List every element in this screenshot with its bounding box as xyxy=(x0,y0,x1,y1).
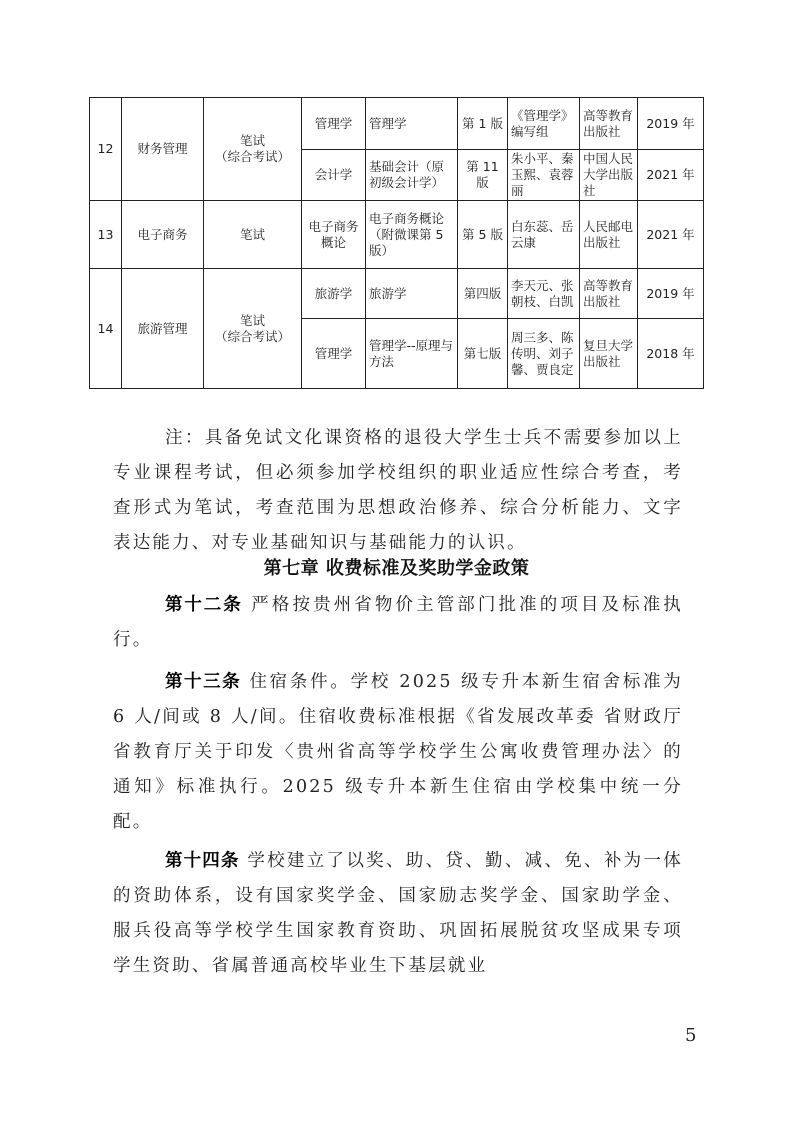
major-cell: 旅游管理 xyxy=(122,269,204,389)
authors-cell: 李天元、张朝枝、白凯 xyxy=(508,269,580,319)
table-row: 14旅游管理笔试（综合考试）旅游学旅游学第四版李天元、张朝枝、白凯高等教育出版社… xyxy=(90,269,704,319)
textbook-cell: 电子商务概论（附微课第 5 版） xyxy=(366,201,458,269)
publisher-cell: 高等教育出版社 xyxy=(580,269,638,319)
edition-cell: 第 11 版 xyxy=(458,150,508,201)
year-cell: 2021 年 xyxy=(638,201,704,269)
year-cell: 2019 年 xyxy=(638,98,704,150)
article-text: 住宿条件。学校 2025 级专升本新生宿舍标准为 6 人/间或 8 人/间。住宿… xyxy=(113,672,683,832)
exam-type-cell: 笔试（综合考试） xyxy=(204,269,302,389)
article-12: 第十二条 严格按贵州省物价主管部门批准的项目及标准执行。 xyxy=(113,588,683,658)
edition-cell: 第 5 版 xyxy=(458,201,508,269)
publisher-cell: 复旦大学出版社 xyxy=(580,319,638,389)
authors-cell: 朱小平、秦玉熙、袁蓉丽 xyxy=(508,150,580,201)
article-14: 第十四条 学校建立了以奖、助、贷、勤、减、免、补为一体的资助体系，设有国家奖学金… xyxy=(113,844,683,984)
page-number: 5 xyxy=(685,1025,696,1046)
table-row: 13电子商务笔试电子商务概论电子商务概论（附微课第 5 版）第 5 版白东蕊、岳… xyxy=(90,201,704,269)
textbook-cell: 管理学--原理与方法 xyxy=(366,319,458,389)
row-number-cell: 14 xyxy=(90,269,122,389)
edition-cell: 第七版 xyxy=(458,319,508,389)
subject-cell: 旅游学 xyxy=(302,269,366,319)
article-13: 第十三条 住宿条件。学校 2025 级专升本新生宿舍标准为 6 人/间或 8 人… xyxy=(113,665,683,840)
edition-cell: 第 1 版 xyxy=(458,98,508,150)
table-row: 12财务管理笔试（综合考试）管理学管理学第 1 版《管理学》编写组高等教育出版社… xyxy=(90,98,704,150)
subject-cell: 会计学 xyxy=(302,150,366,201)
subject-cell: 管理学 xyxy=(302,98,366,150)
article-label: 第十二条 xyxy=(165,595,243,615)
year-cell: 2018 年 xyxy=(638,319,704,389)
edition-cell: 第四版 xyxy=(458,269,508,319)
subject-cell: 管理学 xyxy=(302,319,366,389)
note-paragraph: 注：具备免试文化课资格的退役大学生士兵不需要参加以上专业课程考试，但必须参加学校… xyxy=(113,421,683,561)
publisher-cell: 人民邮电出版社 xyxy=(580,201,638,269)
exam-type-cell: 笔试（综合考试） xyxy=(204,98,302,201)
chapter-heading: 第七章 收费标准及奖助学金政策 xyxy=(0,554,793,580)
exam-type-cell: 笔试 xyxy=(204,201,302,269)
note-text: 注：具备免试文化课资格的退役大学生士兵不需要参加以上专业课程考试，但必须参加学校… xyxy=(113,421,683,561)
document-page: 12财务管理笔试（综合考试）管理学管理学第 1 版《管理学》编写组高等教育出版社… xyxy=(0,0,793,1122)
year-cell: 2021 年 xyxy=(638,150,704,201)
article-label: 第十四条 xyxy=(165,851,239,871)
course-table: 12财务管理笔试（综合考试）管理学管理学第 1 版《管理学》编写组高等教育出版社… xyxy=(89,97,704,389)
year-cell: 2019 年 xyxy=(638,269,704,319)
row-number-cell: 13 xyxy=(90,201,122,269)
authors-cell: 白东蕊、岳云康 xyxy=(508,201,580,269)
authors-cell: 周三多、陈传明、刘子馨、贾良定 xyxy=(508,319,580,389)
publisher-cell: 中国人民大学出版社 xyxy=(580,150,638,201)
major-cell: 电子商务 xyxy=(122,201,204,269)
authors-cell: 《管理学》编写组 xyxy=(508,98,580,150)
subject-cell: 电子商务概论 xyxy=(302,201,366,269)
textbook-cell: 基础会计（原初级会计学） xyxy=(366,150,458,201)
publisher-cell: 高等教育出版社 xyxy=(580,98,638,150)
row-number-cell: 12 xyxy=(90,98,122,201)
textbook-cell: 旅游学 xyxy=(366,269,458,319)
textbook-cell: 管理学 xyxy=(366,98,458,150)
article-label: 第十三条 xyxy=(165,672,241,692)
major-cell: 财务管理 xyxy=(122,98,204,201)
